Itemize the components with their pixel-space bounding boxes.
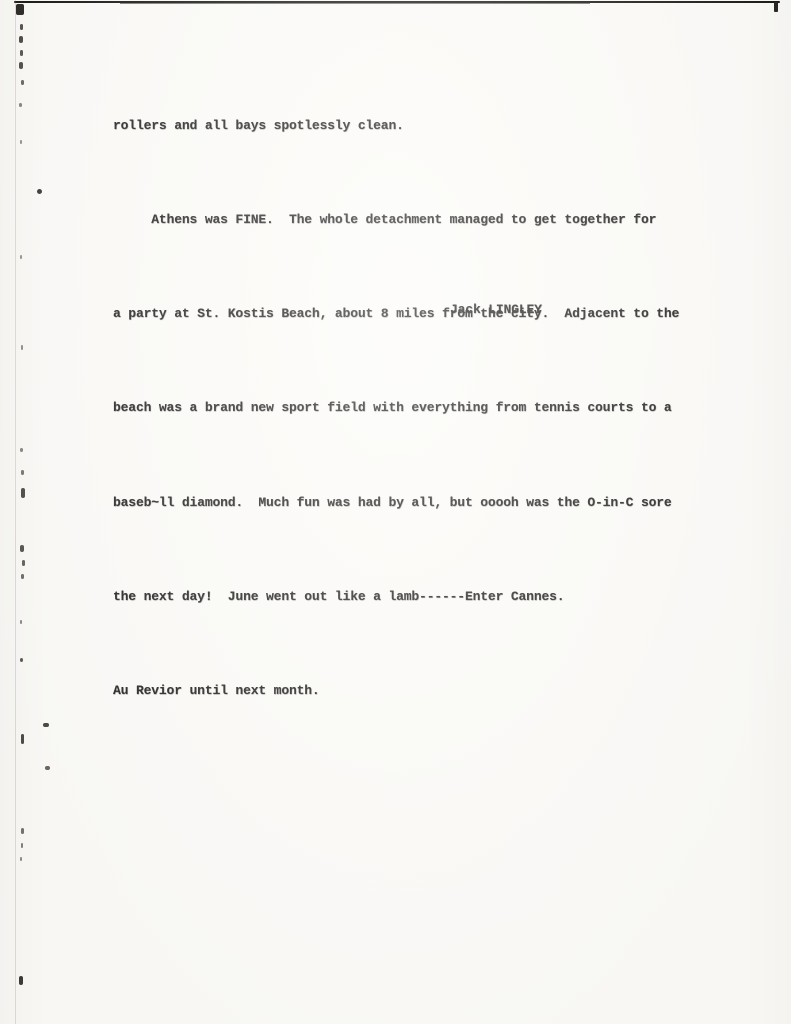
scan-speck <box>22 560 25 566</box>
scanned-letter-page: rollers and all bays spotlessly clean. A… <box>0 0 791 1024</box>
scan-speck <box>37 189 42 194</box>
typed-line: the next day! June went out like a lamb-… <box>113 581 679 612</box>
scan-speck <box>21 828 24 834</box>
typed-line: a party at St. Kostis Beach, about 8 mil… <box>113 298 679 329</box>
scan-left-edge-line <box>15 0 16 1024</box>
typed-line: Athens was FINE. The whole detachment ma… <box>113 204 679 235</box>
scan-speck <box>43 723 49 727</box>
scan-speck <box>20 448 23 452</box>
scan-speck <box>20 24 23 30</box>
scan-speck <box>21 843 23 848</box>
scan-speck <box>20 50 23 56</box>
typed-line: baseb~ll diamond. Much fun was had by al… <box>113 487 679 518</box>
scan-speck <box>20 658 23 662</box>
scan-speck <box>19 36 23 43</box>
page-top-edge-line <box>14 1 780 3</box>
scan-speck <box>20 620 22 624</box>
scan-speck <box>19 976 23 985</box>
scan-speck <box>20 255 22 259</box>
letter-body: rollers and all bays spotlessly clean. A… <box>113 47 679 769</box>
scan-speck <box>45 766 50 770</box>
scan-speck <box>21 80 24 85</box>
typed-line: beach was a brand new sport field with e… <box>113 392 679 423</box>
scan-speck <box>21 470 24 475</box>
scan-speck <box>16 4 24 15</box>
scan-speck <box>21 734 24 744</box>
page-top-edge-shadow <box>120 3 590 4</box>
typed-line: Au Revior until next month. <box>113 675 679 706</box>
scan-speck <box>21 345 23 350</box>
scan-speck <box>21 574 24 579</box>
scan-speck <box>20 857 22 861</box>
scan-speck <box>19 62 23 69</box>
scan-corner-tick <box>774 2 778 12</box>
signature: Jack LINGLEY <box>450 302 542 317</box>
scan-speck <box>20 545 24 552</box>
scan-speck <box>20 140 22 144</box>
scan-speck <box>19 103 22 107</box>
typed-line: rollers and all bays spotlessly clean. <box>113 110 679 141</box>
scan-speck <box>21 488 25 498</box>
